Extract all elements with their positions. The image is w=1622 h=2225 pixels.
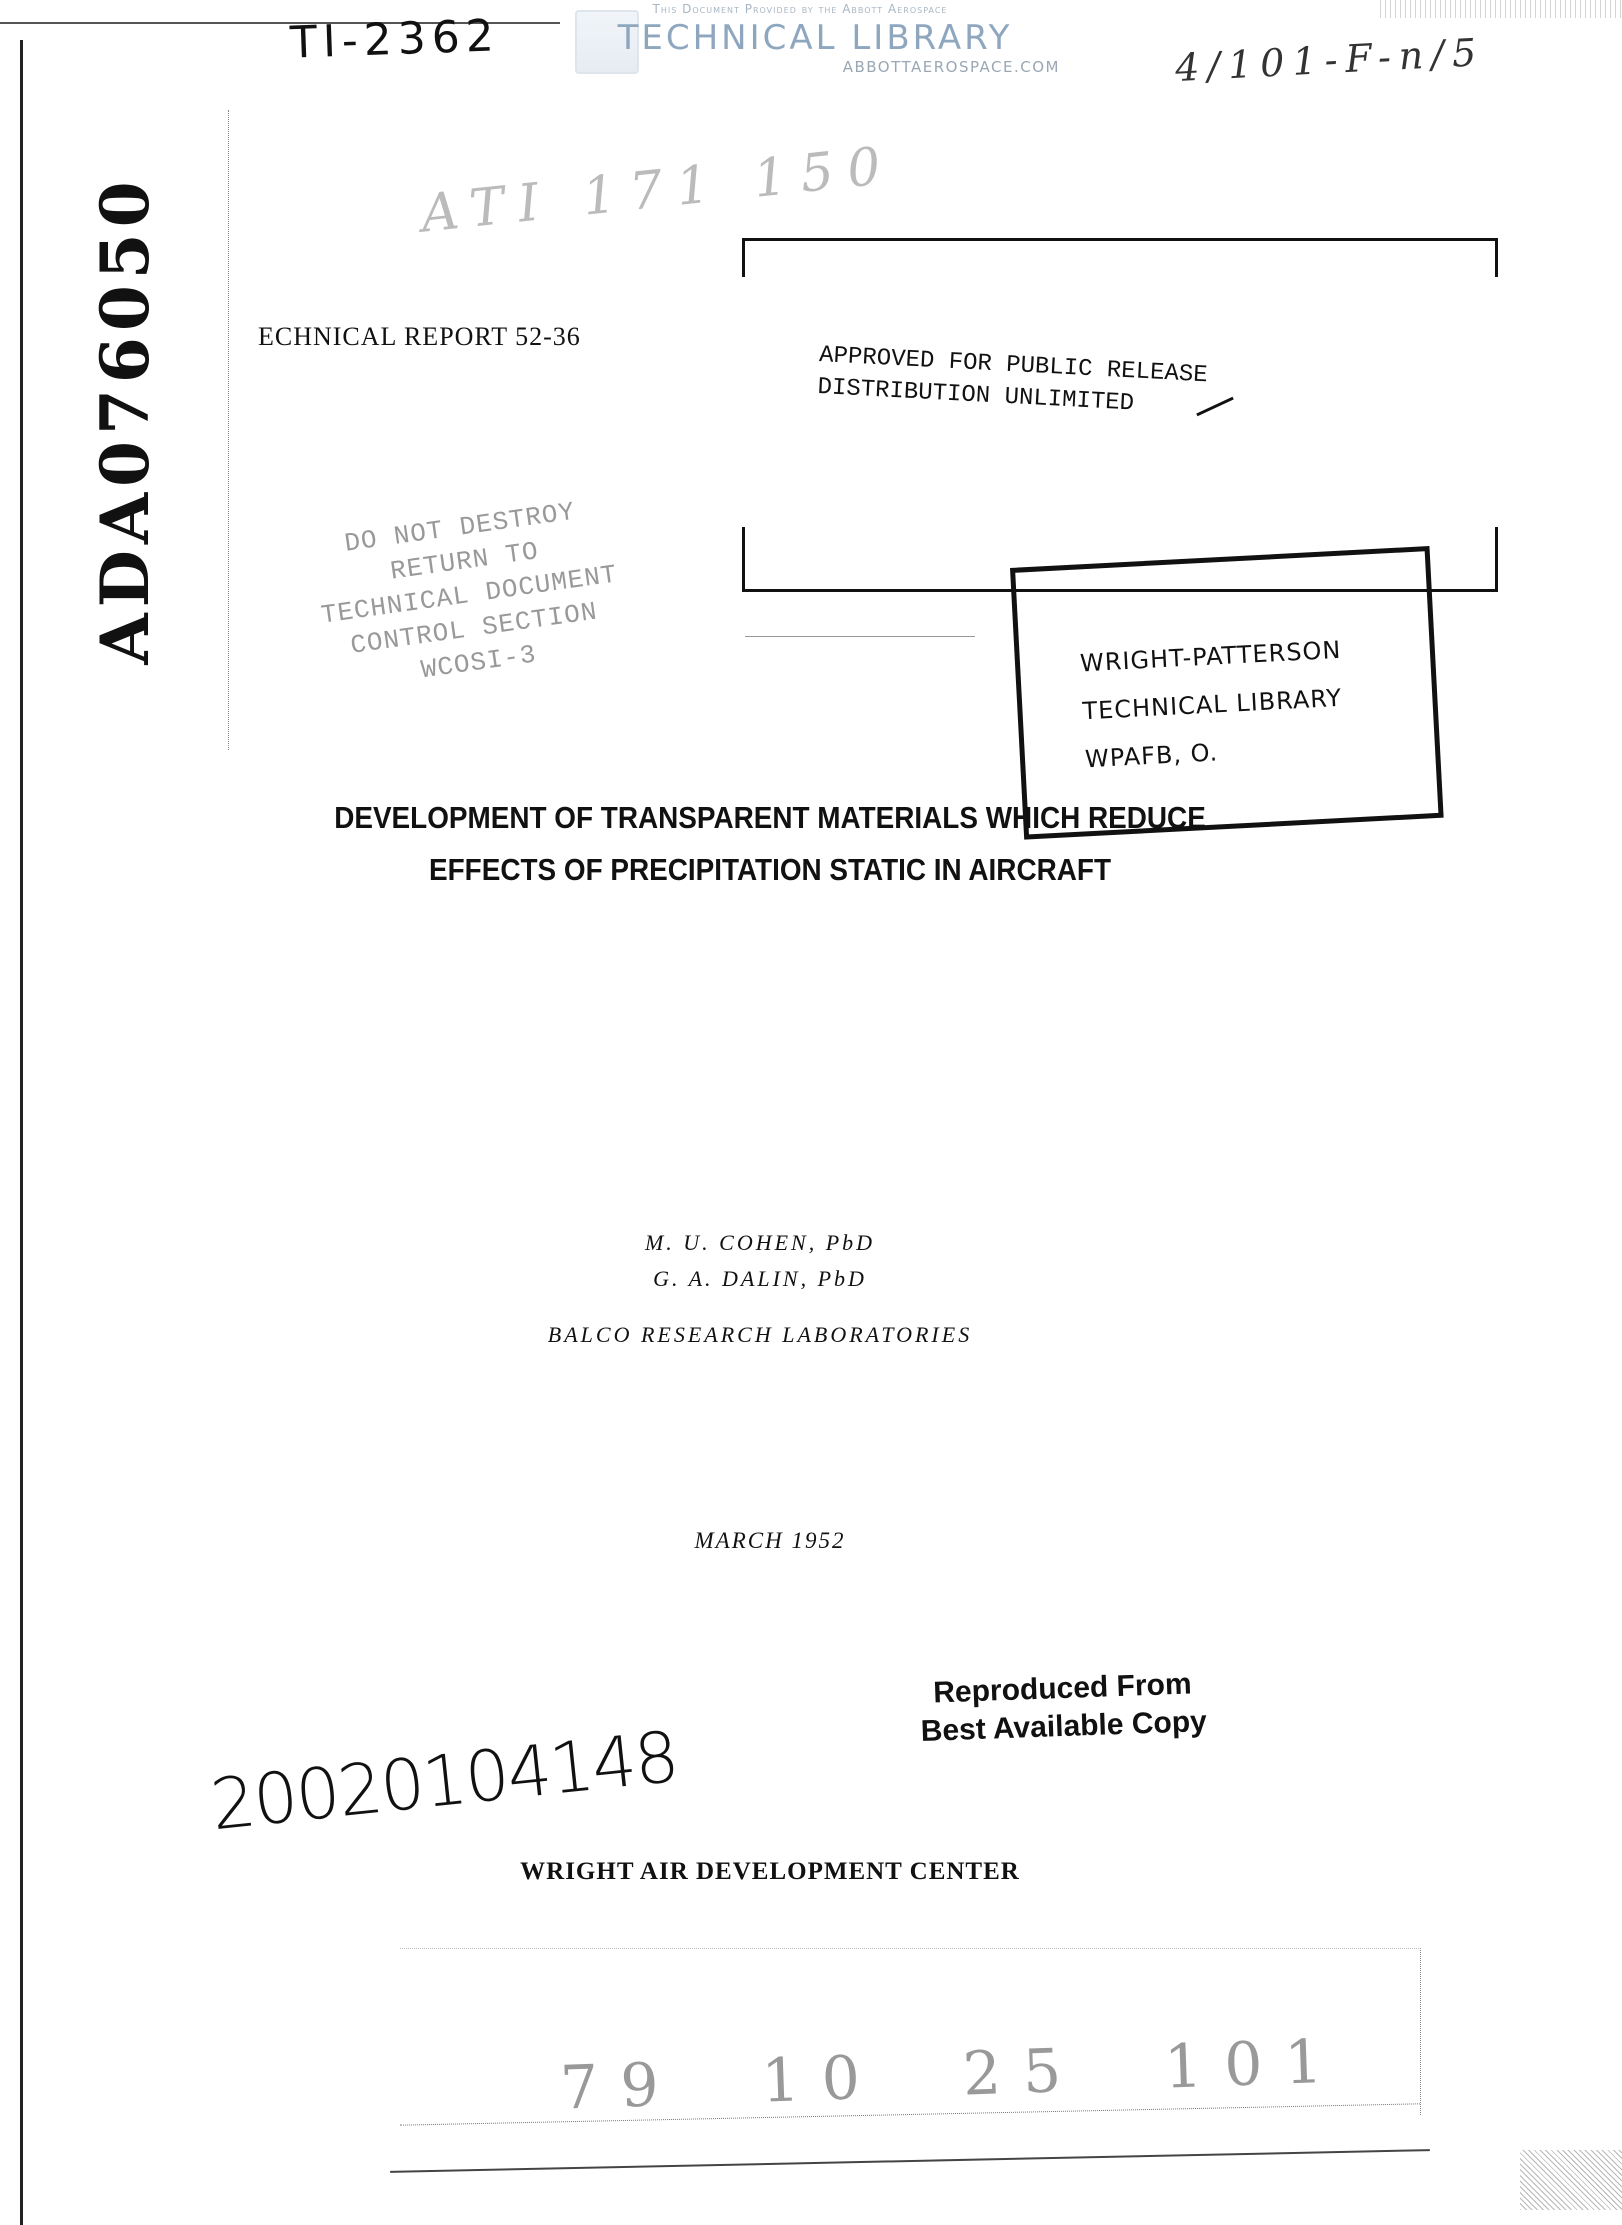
title-line-1: DEVELOPMENT OF TRANSPARENT MATERIALS WHI… [257,792,1283,844]
reproduced-notice: Reproduced From Best Available Copy [919,1665,1208,1751]
authors: M. U. COHEN, PbD G. A. DALIN, PbD [400,1225,1120,1297]
divider [390,2149,1430,2173]
accession-number: ADA076050 [86,175,164,664]
report-number: ECHNICAL REPORT 52-36 [258,322,581,352]
scan-inner-rule [228,110,230,750]
handwritten-reference: 4/101-F-n/5 [1174,30,1485,90]
scan-edge-left [20,40,23,2225]
handwritten-accession-number: 20020104148 [207,1716,681,1846]
author: M. U. COHEN, PbD [400,1225,1120,1261]
organization: BALCO RESEARCH LABORATORIES [400,1322,1120,1348]
accession-stamp: ADA076050 [80,180,170,660]
divider [745,636,975,637]
author: G. A. DALIN, PbD [400,1261,1120,1297]
document-title: DEVELOPMENT OF TRANSPARENT MATERIALS WHI… [257,792,1283,896]
handwritten-ti-number: TI-2362 [289,10,500,68]
title-line-2: EFFECTS OF PRECIPITATION STATIC IN AIRCR… [257,844,1283,896]
sponsor: WRIGHT AIR DEVELOPMENT CENTER [440,1858,1100,1886]
faded-stamp: DO NOT DESTROY RETURN TO TECHNICAL DOCUM… [309,490,631,710]
scan-noise [1380,0,1622,18]
handwritten-faint-note: ATI 171 150 [418,135,897,244]
watermark-provider: This Document Provided by the Abbott Aer… [540,2,1060,16]
scan-noise [1520,2150,1622,2210]
watermark-url: ABBOTTAEROSPACE.COM [760,58,1060,76]
watermark-title: TECHNICAL LIBRARY [570,18,1060,58]
publication-date: MARCH 1952 [600,1528,940,1554]
